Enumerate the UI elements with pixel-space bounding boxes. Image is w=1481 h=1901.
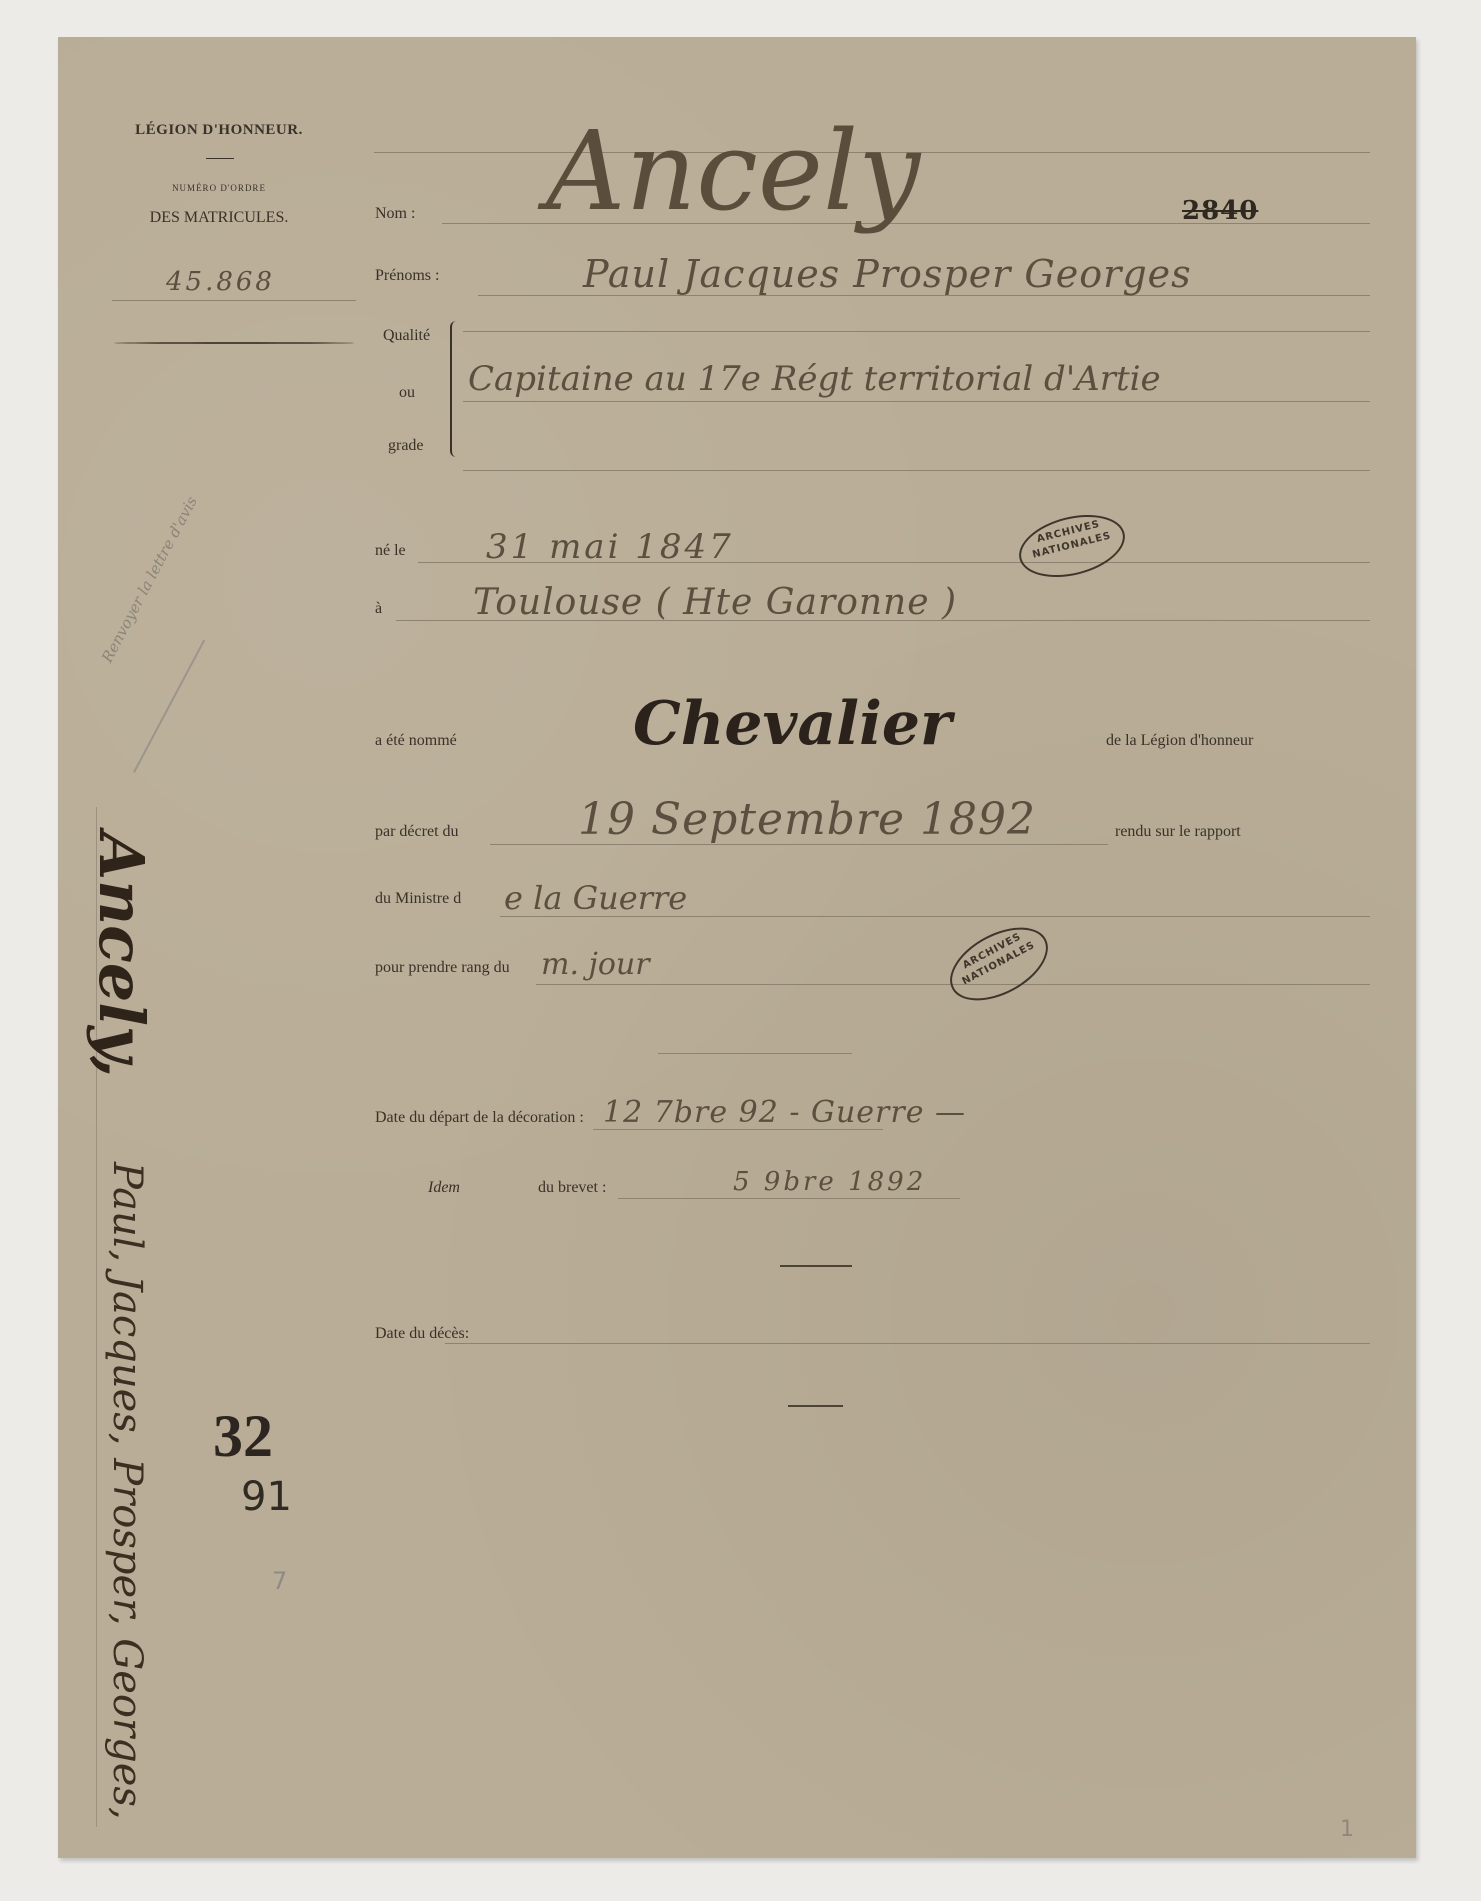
grade-label: grade bbox=[388, 437, 424, 455]
vertical-surname: Ancely, bbox=[85, 832, 158, 1078]
lieu-label: à bbox=[375, 600, 382, 618]
ministre-label: du Ministre d bbox=[375, 890, 461, 908]
qualite-line-bottom bbox=[463, 470, 1370, 471]
brevet-value: 5 9bre 1892 bbox=[733, 1167, 926, 1197]
nom-value: Ancely bbox=[546, 107, 920, 235]
prenoms-value: Paul Jacques Prosper Georges bbox=[583, 252, 1192, 296]
archives-nationales-stamp-2: ARCHIVES NATIONALES bbox=[938, 913, 1060, 1016]
corner-mark: 1 bbox=[1340, 1817, 1354, 1842]
ministre-value: e la Guerre bbox=[504, 879, 687, 917]
depart-label: Date du départ de la décoration : bbox=[375, 1109, 584, 1127]
rapport-label: rendu sur le rapport bbox=[1115, 823, 1241, 841]
legion-title: LÉGION D'HONNEUR. bbox=[134, 122, 304, 139]
brevet-label: du brevet : bbox=[538, 1179, 606, 1197]
deces-line bbox=[445, 1343, 1370, 1344]
pencil-note: Renvoyer la lettre d'avis bbox=[98, 493, 201, 665]
decret-value: 19 Septembre 1892 bbox=[578, 794, 1036, 845]
qualite-line-mid bbox=[463, 401, 1370, 402]
nomme-label: a été nommé bbox=[375, 732, 457, 750]
prenoms-label: Prénoms : bbox=[375, 267, 439, 285]
qualite-label: Qualité bbox=[383, 327, 430, 345]
qualite-value: Capitaine au 17e Régt territorial d'Arti… bbox=[468, 359, 1161, 399]
depart-value: 12 7bre 92 - Guerre — bbox=[603, 1095, 966, 1130]
document-page: LÉGION D'HONNEUR. NUMÉRO D'ORDRE DES MAT… bbox=[58, 37, 1416, 1858]
matricule-number: 45.868 bbox=[166, 267, 275, 297]
ne-le-value: 31 mai 1847 bbox=[486, 527, 734, 567]
decret-label: par décret du bbox=[375, 823, 459, 841]
grade-title: Chevalier bbox=[633, 689, 952, 759]
idem-label: Idem bbox=[428, 1179, 460, 1197]
stamp-number-struck: 2840 bbox=[1182, 196, 1258, 226]
lieu-value: Toulouse ( Hte Garonne ) bbox=[473, 582, 957, 623]
box-number: 32 bbox=[213, 1402, 273, 1471]
title-divider bbox=[206, 158, 234, 159]
vertical-firstnames: Paul, Jacques, Prosper, Georges, bbox=[104, 1162, 150, 1820]
pencil-stroke bbox=[133, 640, 205, 773]
rang-value: m. jour bbox=[541, 947, 650, 982]
nom-label: Nom : bbox=[375, 205, 415, 223]
section-divider-2 bbox=[780, 1265, 852, 1267]
section-divider-3 bbox=[788, 1405, 843, 1407]
pencil-number: 7 bbox=[272, 1567, 287, 1595]
rang-label: pour prendre rang du bbox=[375, 959, 510, 977]
qualite-line-top bbox=[463, 331, 1370, 332]
deces-label: Date du décès: bbox=[375, 1325, 469, 1343]
ornamental-rule bbox=[114, 342, 354, 344]
matricule-underline bbox=[112, 300, 356, 301]
brevet-line bbox=[618, 1198, 960, 1199]
ou-label: ou bbox=[399, 384, 415, 402]
matricules-label: DES MATRICULES. bbox=[134, 209, 304, 227]
qualite-brace bbox=[450, 321, 460, 457]
section-divider-1 bbox=[658, 1053, 852, 1054]
sub-number: 91 bbox=[241, 1474, 292, 1520]
ne-le-label: né le bbox=[375, 542, 406, 560]
numero-ordre-label: NUMÉRO D'ORDRE bbox=[134, 183, 304, 193]
legion-label: de la Légion d'honneur bbox=[1106, 732, 1253, 750]
archives-nationales-stamp-1: ARCHIVES NATIONALES bbox=[1013, 505, 1132, 587]
